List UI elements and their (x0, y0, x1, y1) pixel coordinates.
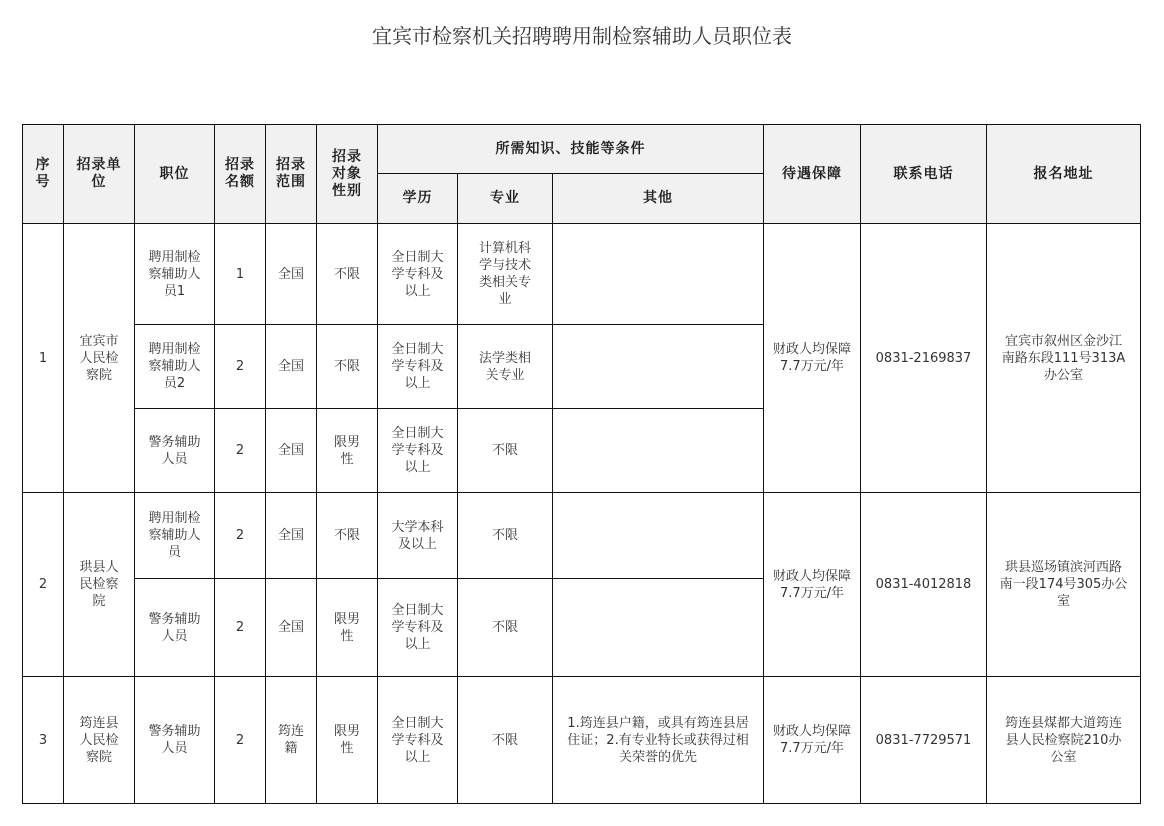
cell-seq: 3 (23, 677, 64, 804)
cell-quota: 2 (215, 409, 266, 493)
cell-benefits: 财政人均保障7.7万元/年 (764, 677, 861, 804)
cell-quota: 2 (215, 677, 266, 804)
cell-education: 全日制大学专科及以上 (378, 409, 458, 493)
cell-major: 不限 (458, 409, 553, 493)
cell-education: 全日制大学专科及以上 (378, 224, 458, 325)
header-address: 报名地址 (987, 125, 1141, 224)
cell-scope: 全国 (266, 579, 317, 677)
header-quota: 招录名额 (215, 125, 266, 224)
cell-phone: 0831-2169837 (861, 224, 987, 493)
cell-unit: 宜宾市人民检察院 (64, 224, 135, 493)
positions-table: 序号 招录单位 职位 招录名额 招录范围 招录对象性别 所需知识、技能等条件 待… (22, 124, 1141, 804)
cell-position: 警务辅助人员 (135, 409, 215, 493)
cell-gender: 不限 (317, 224, 378, 325)
cell-quota: 1 (215, 224, 266, 325)
cell-major: 不限 (458, 493, 553, 579)
cell-other: 1.筠连县户籍，或具有筠连县居住证；2.有专业特长或获得过相关荣誉的优先 (553, 677, 764, 804)
cell-scope: 全国 (266, 325, 317, 409)
cell-position: 聘用制检察辅助人员 (135, 493, 215, 579)
cell-position: 警务辅助人员 (135, 579, 215, 677)
header-phone: 联系电话 (861, 125, 987, 224)
header-seq: 序号 (23, 125, 64, 224)
cell-quota: 2 (215, 493, 266, 579)
cell-unit: 珙县人民检察院 (64, 493, 135, 677)
cell-major: 不限 (458, 579, 553, 677)
cell-education: 全日制大学专科及以上 (378, 325, 458, 409)
header-education: 学历 (378, 174, 458, 224)
cell-address: 珙县巡场镇滨河西路南一段174号305办公室 (987, 493, 1141, 677)
cell-scope: 筠连籍 (266, 677, 317, 804)
cell-quota: 2 (215, 325, 266, 409)
header-unit: 招录单位 (64, 125, 135, 224)
cell-address: 宜宾市叙州区金沙江南路东段111号313A办公室 (987, 224, 1141, 493)
table-row: 1 宜宾市人民检察院 聘用制检察辅助人员1 1 全国 不限 全日制大学专科及以上… (23, 224, 1141, 325)
cell-gender: 不限 (317, 493, 378, 579)
cell-seq: 1 (23, 224, 64, 493)
cell-scope: 全国 (266, 493, 317, 579)
cell-other (553, 224, 764, 325)
page-title: 宜宾市检察机关招聘聘用制检察辅助人员职位表 (0, 20, 1164, 49)
cell-scope: 全国 (266, 409, 317, 493)
cell-phone: 0831-4012818 (861, 493, 987, 677)
cell-phone: 0831-7729571 (861, 677, 987, 804)
header-conditions-group: 所需知识、技能等条件 (378, 125, 764, 174)
cell-benefits: 财政人均保障7.7万元/年 (764, 224, 861, 493)
cell-gender: 不限 (317, 325, 378, 409)
cell-other (553, 579, 764, 677)
cell-major: 计算机科学与技术类相关专业 (458, 224, 553, 325)
cell-seq: 2 (23, 493, 64, 677)
cell-other (553, 325, 764, 409)
cell-gender: 限男性 (317, 409, 378, 493)
cell-benefits: 财政人均保障7.7万元/年 (764, 493, 861, 677)
cell-gender: 限男性 (317, 579, 378, 677)
header-position: 职位 (135, 125, 215, 224)
cell-education: 全日制大学专科及以上 (378, 677, 458, 804)
table-row: 3 筠连县人民检察院 警务辅助人员 2 筠连籍 限男性 全日制大学专科及以上 不… (23, 677, 1141, 804)
header-other: 其他 (553, 174, 764, 224)
cell-major: 不限 (458, 677, 553, 804)
cell-address: 筠连县煤都大道筠连县人民检察院210办公室 (987, 677, 1141, 804)
cell-education: 大学本科及以上 (378, 493, 458, 579)
header-gender: 招录对象性别 (317, 125, 378, 224)
cell-position: 聘用制检察辅助人员1 (135, 224, 215, 325)
table-row: 2 珙县人民检察院 聘用制检察辅助人员 2 全国 不限 大学本科及以上 不限 财… (23, 493, 1141, 579)
cell-other (553, 493, 764, 579)
header-major: 专业 (458, 174, 553, 224)
header-benefits: 待遇保障 (764, 125, 861, 224)
cell-quota: 2 (215, 579, 266, 677)
cell-other (553, 409, 764, 493)
cell-position: 警务辅助人员 (135, 677, 215, 804)
cell-major: 法学类相关专业 (458, 325, 553, 409)
cell-unit: 筠连县人民检察院 (64, 677, 135, 804)
cell-gender: 限男性 (317, 677, 378, 804)
cell-scope: 全国 (266, 224, 317, 325)
header-scope: 招录范围 (266, 125, 317, 224)
cell-education: 全日制大学专科及以上 (378, 579, 458, 677)
cell-position: 聘用制检察辅助人员2 (135, 325, 215, 409)
